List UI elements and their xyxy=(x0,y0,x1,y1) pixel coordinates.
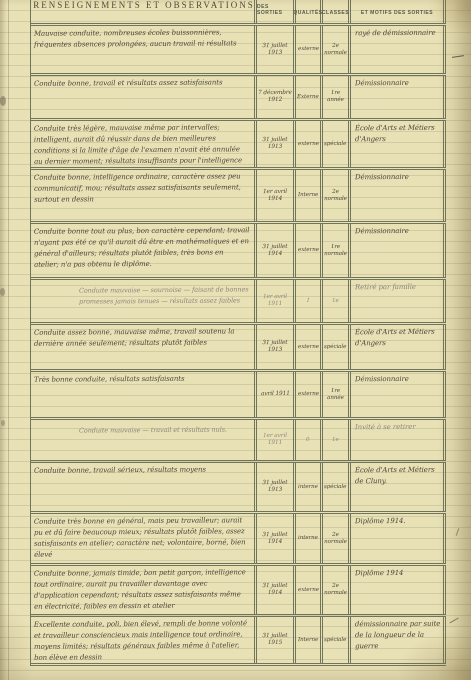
classe-cell: 2e normale xyxy=(323,566,351,614)
observation-text: Conduite très légère, mauvaise même par … xyxy=(34,122,250,167)
table-row: Conduite bonne tout au plus, bon caractè… xyxy=(31,224,446,280)
edge-smudge xyxy=(0,96,6,106)
sortie-date-text: 31 juillet 1913 xyxy=(257,137,293,151)
observation-cell: Conduite mauvaise — sournoise — faisant … xyxy=(31,280,257,322)
qualite-cell: externe xyxy=(296,372,323,417)
qualite-text: externe xyxy=(298,247,319,254)
register-table: RENSEIGNEMENTS ET OBSERVATIONS DES SORTI… xyxy=(30,0,446,666)
classe-text: 1e xyxy=(332,297,339,304)
observation-cell: Conduite bonne tout au plus, bon caractè… xyxy=(31,224,257,277)
table-row: Conduite assez bonne, mauvaise même, tra… xyxy=(31,325,446,372)
sortie-motif-text: Diplôme 1914. xyxy=(355,516,441,528)
sortie-date-cell: 1er avril 1911 xyxy=(257,420,296,460)
sortie-motif-text: Diplôme 1914 xyxy=(355,568,441,580)
observation-text: Conduite bonne, travail et résultats ass… xyxy=(34,77,250,90)
observation-text: Conduite bonne, jamais timide, bon petit… xyxy=(34,567,250,613)
column-header-qualites: QUALITÉS xyxy=(296,0,323,23)
qualite-text: externe xyxy=(298,140,319,147)
table-row: Conduite très bonne en général, mais peu… xyxy=(31,514,446,566)
observation-cell: Mauvaise conduite, nombreuses écoles bui… xyxy=(31,26,257,73)
column-header-motifs-sorties: ET MOTIFS DES SORTIES xyxy=(351,0,446,23)
observation-cell: Conduite assez bonne, mauvaise même, tra… xyxy=(31,325,257,369)
margin-pen-mark xyxy=(452,55,464,58)
observation-text: Conduite très bonne en général, mais peu… xyxy=(34,515,250,561)
observation-cell: Conduite bonne, travail et résultats ass… xyxy=(31,76,257,118)
qualite-text: Externe xyxy=(297,93,319,100)
classe-text: 2e normale xyxy=(323,188,348,202)
qualite-cell: I xyxy=(296,280,323,322)
observation-text: Conduite mauvaise — sournoise — faisant … xyxy=(79,284,250,307)
qualite-text: Interne xyxy=(298,192,318,199)
observation-text: Conduite assez bonne, mauvaise même, tra… xyxy=(34,326,250,350)
classe-cell: spéciale xyxy=(323,121,351,167)
table-row: Conduite bonne, jamais timide, bon petit… xyxy=(31,566,446,617)
sortie-date-cell: 31 juillet 1914 xyxy=(257,514,296,563)
sortie-date-text: 31 juillet 1914 xyxy=(257,583,293,597)
table-row: Mauvaise conduite, nombreuses écoles bui… xyxy=(31,26,446,76)
classe-text: 1re année xyxy=(323,90,348,104)
qualite-text: externe xyxy=(298,46,319,53)
observation-cell: Conduite mauvaise — travail et résultats… xyxy=(31,420,257,460)
observation-text: Conduite mauvaise — travail et résultats… xyxy=(79,424,250,436)
sortie-date-cell: 1er avril 1914 xyxy=(257,170,296,221)
classe-cell: 2e normale xyxy=(323,514,351,563)
sortie-date-cell: 31 juillet 1913 xyxy=(257,325,296,369)
sortie-date-text: 1er avril 1911 xyxy=(257,294,293,308)
margin-pen-mark xyxy=(449,618,458,624)
observation-text: Excellente conduite, poli, bien élevé, r… xyxy=(34,618,250,663)
sortie-date-cell: 31 juillet 1913 xyxy=(257,26,296,73)
sortie-date-text: 31 juillet 1914 xyxy=(257,243,293,257)
sortie-date-text: avril 1911 xyxy=(261,391,290,398)
sortie-motif-text: École d'Arts et Métiers de Cluny. xyxy=(355,465,441,488)
observation-cell: Excellente conduite, poli, bien élevé, r… xyxy=(31,617,257,663)
qualite-text: Interne xyxy=(298,636,318,643)
sortie-date-text: 7 décembre 1912 xyxy=(257,90,293,104)
observation-text: Conduite bonne tout au plus, bon caractè… xyxy=(34,225,250,271)
qualite-cell: interne xyxy=(296,514,323,563)
sortie-motif-text: École d'Arts et Métiers d'Angers xyxy=(355,327,441,350)
observation-cell: Très bonne conduite, résultats satisfais… xyxy=(31,372,257,417)
classe-text: 1e xyxy=(332,436,339,443)
sortie-date-cell: 1er avril 1911 xyxy=(257,280,296,322)
sortie-date-text: 31 juillet 1915 xyxy=(257,633,293,647)
classe-cell: spéciale xyxy=(323,617,351,663)
column-header-des-sorties: DES SORTIES xyxy=(257,0,296,23)
qualite-text: externe xyxy=(298,343,319,350)
sortie-motif-text: Démissionnaire xyxy=(355,78,441,90)
register-page: RENSEIGNEMENTS ET OBSERVATIONS DES SORTI… xyxy=(0,0,471,680)
sortie-date-text: 31 juillet 1914 xyxy=(257,531,293,545)
observation-cell: Conduite bonne, intelligence ordinaire, … xyxy=(31,170,257,221)
qualite-text: 0 xyxy=(306,436,310,443)
classe-text: 2e normale xyxy=(323,583,348,597)
qualite-cell: interne xyxy=(296,463,323,511)
column-header-classes: CLASSES xyxy=(323,0,351,23)
qualite-cell: externe xyxy=(296,121,323,167)
observation-text: Conduite bonne, travail sérieux, résulta… xyxy=(34,464,250,477)
table-header: RENSEIGNEMENTS ET OBSERVATIONS DES SORTI… xyxy=(31,0,446,26)
sortie-motif-cell: Retiré par famille xyxy=(351,280,446,322)
sortie-motif-cell: Démissionnaire xyxy=(351,372,446,417)
qualite-cell: Interne xyxy=(296,617,323,663)
page-title: RENSEIGNEMENTS ET OBSERVATIONS xyxy=(31,0,257,10)
sortie-motif-text: rayé de démissionnaire xyxy=(355,28,441,40)
sortie-motif-cell: Démissionnaire xyxy=(351,76,446,118)
qualite-cell: externe xyxy=(296,224,323,277)
sortie-motif-text: démissionnaire par suite de la longueur … xyxy=(355,619,441,653)
qualite-text: I xyxy=(307,297,309,304)
classe-cell: 1re normale xyxy=(323,224,351,277)
classe-cell: 1e xyxy=(323,420,351,460)
qualite-cell: externe xyxy=(296,325,323,369)
page-fold-line xyxy=(8,0,9,680)
table-row: Excellente conduite, poli, bien élevé, r… xyxy=(31,617,446,666)
qualite-cell: externe xyxy=(296,566,323,614)
sortie-motif-cell: Invité à se retirer xyxy=(351,420,446,460)
margin-pen-mark xyxy=(456,528,460,536)
qualite-text: externe xyxy=(298,391,319,398)
qualite-cell: 0 xyxy=(296,420,323,460)
observation-text: Conduite bonne, intelligence ordinaire, … xyxy=(34,171,250,206)
table-row: Conduite mauvaise — sournoise — faisant … xyxy=(31,280,446,325)
sortie-motif-text: Retiré par famille xyxy=(355,282,441,294)
sortie-motif-cell: Diplôme 1914. xyxy=(351,514,446,563)
classe-text: spéciale xyxy=(324,483,346,490)
edge-smudge xyxy=(1,420,5,426)
sortie-date-text: 31 juillet 1913 xyxy=(257,42,293,56)
qualite-cell: Externe xyxy=(296,76,323,118)
sortie-motif-cell: École d'Arts et Métiers de Cluny. xyxy=(351,463,446,511)
sortie-motif-text: Démissionnaire xyxy=(355,172,441,184)
table-row: Conduite mauvaise — travail et résultats… xyxy=(31,420,446,463)
sortie-date-cell: avril 1911 xyxy=(257,372,296,417)
classe-text: 1re année xyxy=(323,387,348,401)
observation-text: Mauvaise conduite, nombreuses écoles bui… xyxy=(34,27,250,51)
table-row: Conduite très légère, mauvaise même par … xyxy=(31,121,446,170)
classe-cell: 1re année xyxy=(323,372,351,417)
table-row: Conduite bonne, intelligence ordinaire, … xyxy=(31,170,446,224)
sortie-motif-text: École d'Arts et Métiers d'Angers xyxy=(355,123,441,146)
classe-cell: 1e xyxy=(323,280,351,322)
sortie-date-cell: 31 juillet 1914 xyxy=(257,224,296,277)
qualite-cell: Interne xyxy=(296,170,323,221)
classe-text: spéciale xyxy=(324,343,346,350)
sortie-motif-cell: École d'Arts et Métiers d'Angers xyxy=(351,325,446,369)
observation-cell: Conduite bonne, travail sérieux, résulta… xyxy=(31,463,257,511)
sortie-motif-cell: rayé de démissionnaire xyxy=(351,26,446,73)
sortie-date-text: 31 juillet 1913 xyxy=(257,340,293,354)
sortie-date-cell: 31 juillet 1915 xyxy=(257,617,296,663)
sortie-motif-text: Invité à se retirer xyxy=(355,422,441,434)
sortie-motif-cell: École d'Arts et Métiers d'Angers xyxy=(351,121,446,167)
sortie-motif-cell: démissionnaire par suite de la longueur … xyxy=(351,617,446,663)
observation-cell: Conduite très légère, mauvaise même par … xyxy=(31,121,257,167)
observation-cell: Conduite bonne, jamais timide, bon petit… xyxy=(31,566,257,614)
classe-text: 2e normale xyxy=(323,42,348,56)
sortie-motif-cell: Diplôme 1914 xyxy=(351,566,446,614)
observation-text: Très bonne conduite, résultats satisfais… xyxy=(34,373,250,386)
classe-cell: 2e normale xyxy=(323,170,351,221)
classe-cell: 2e normale xyxy=(323,26,351,73)
sortie-date-cell: 31 juillet 1913 xyxy=(257,463,296,511)
sortie-motif-text: Démissionnaire xyxy=(355,226,441,238)
qualite-cell: externe xyxy=(296,26,323,73)
qualite-text: interne xyxy=(298,535,318,542)
sortie-date-text: 1er avril 1911 xyxy=(257,433,293,447)
qualite-text: externe xyxy=(298,586,319,593)
sortie-date-cell: 31 juillet 1913 xyxy=(257,121,296,167)
sortie-motif-text: Démissionnaire xyxy=(355,374,441,386)
sortie-date-text: 1er avril 1914 xyxy=(257,188,293,202)
qualite-text: interne xyxy=(298,483,318,490)
sortie-date-cell: 31 juillet 1914 xyxy=(257,566,296,614)
sortie-date-text: 31 juillet 1913 xyxy=(257,480,293,494)
observation-cell: Conduite très bonne en général, mais peu… xyxy=(31,514,257,563)
classe-text: spéciale xyxy=(324,140,346,147)
table-row: Très bonne conduite, résultats satisfais… xyxy=(31,372,446,420)
classe-cell: spéciale xyxy=(323,463,351,511)
classe-text: 2e normale xyxy=(323,531,348,545)
classe-cell: spéciale xyxy=(323,325,351,369)
sortie-motif-cell: Démissionnaire xyxy=(351,224,446,277)
table-row: Conduite bonne, travail et résultats ass… xyxy=(31,76,446,121)
classe-text: spéciale xyxy=(324,636,346,643)
edge-smudge xyxy=(0,288,5,296)
table-row: Conduite bonne, travail sérieux, résulta… xyxy=(31,463,446,514)
sortie-motif-cell: Démissionnaire xyxy=(351,170,446,221)
sortie-date-cell: 7 décembre 1912 xyxy=(257,76,296,118)
classe-text: 1re normale xyxy=(323,243,348,257)
classe-cell: 1re année xyxy=(323,76,351,118)
table-body: Mauvaise conduite, nombreuses écoles bui… xyxy=(31,26,446,666)
